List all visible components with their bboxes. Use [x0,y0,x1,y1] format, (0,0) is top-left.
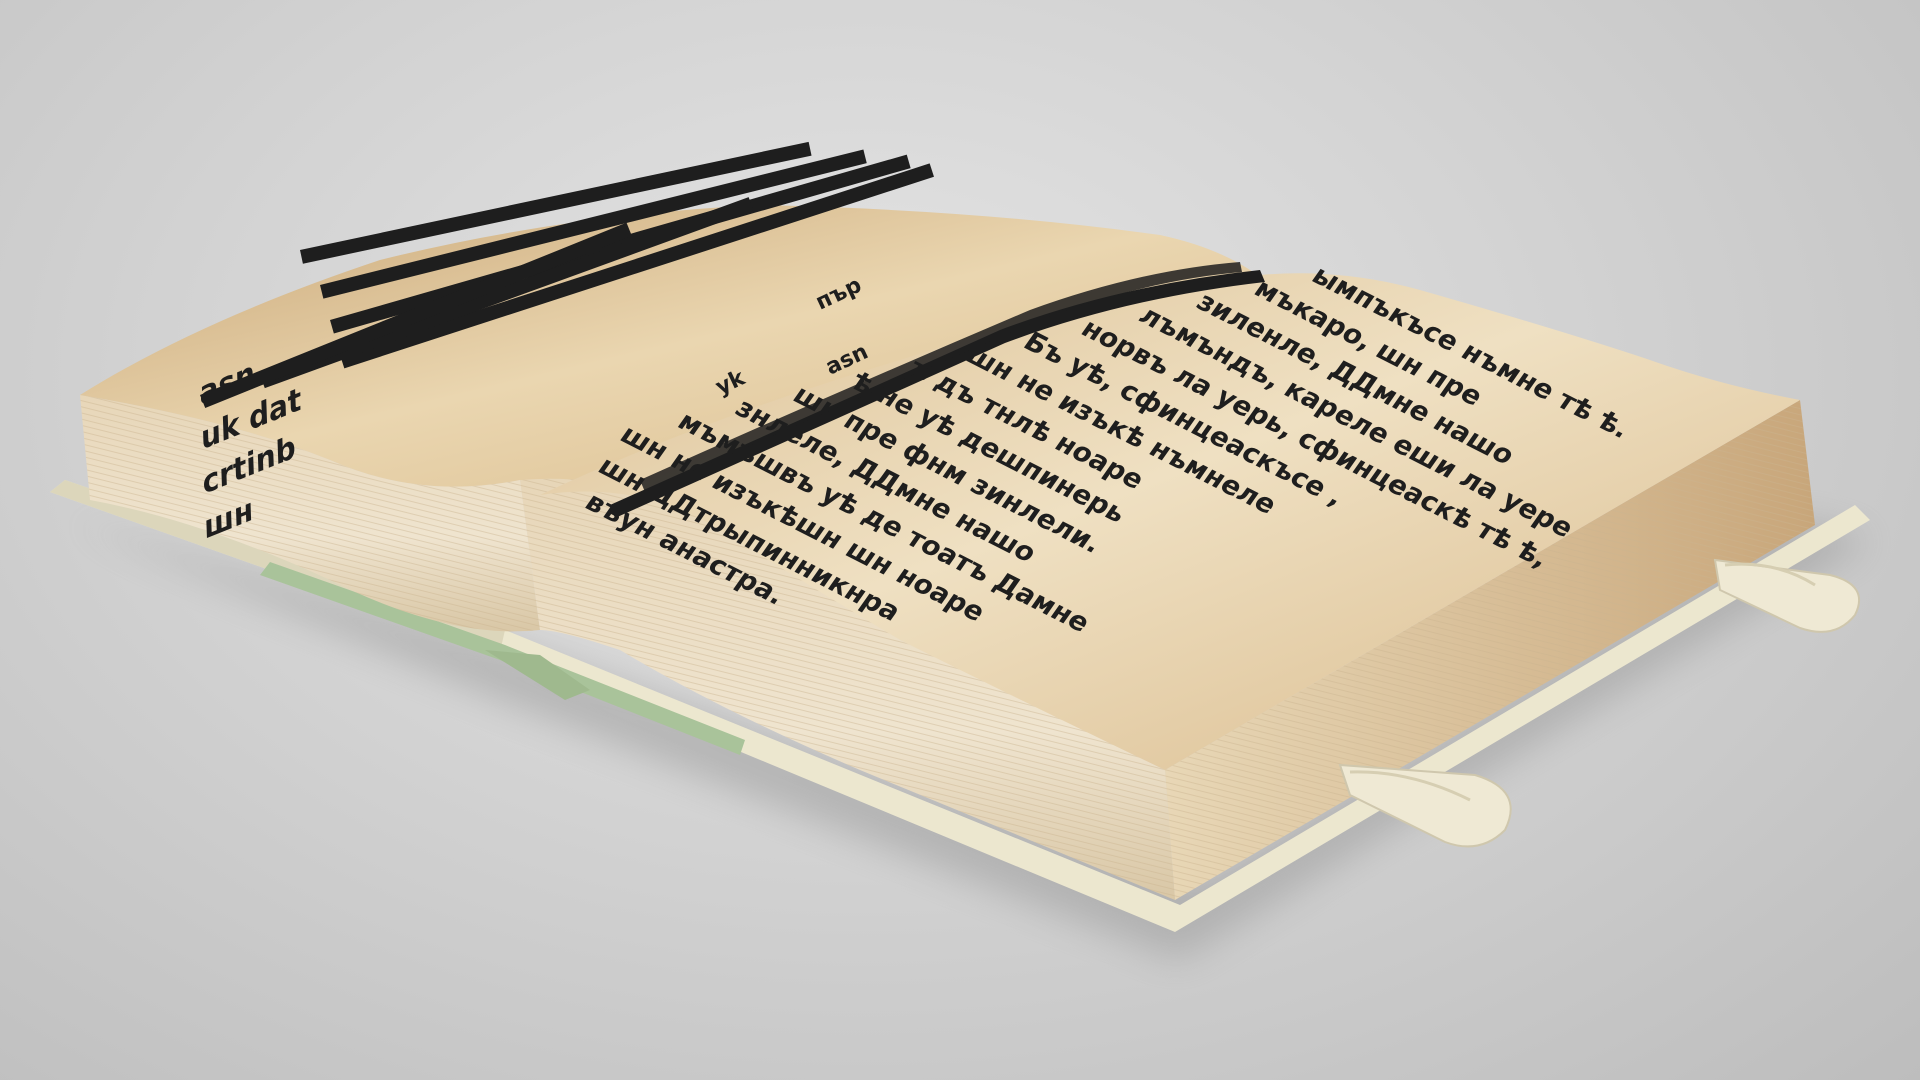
rendered-scene: asn uk dat crtinb шн asn пър yk ымпъкъсе… [0,0,1920,1080]
open-book: asn uk dat crtinb шн asn пър yk ымпъкъсе… [0,0,1920,1080]
